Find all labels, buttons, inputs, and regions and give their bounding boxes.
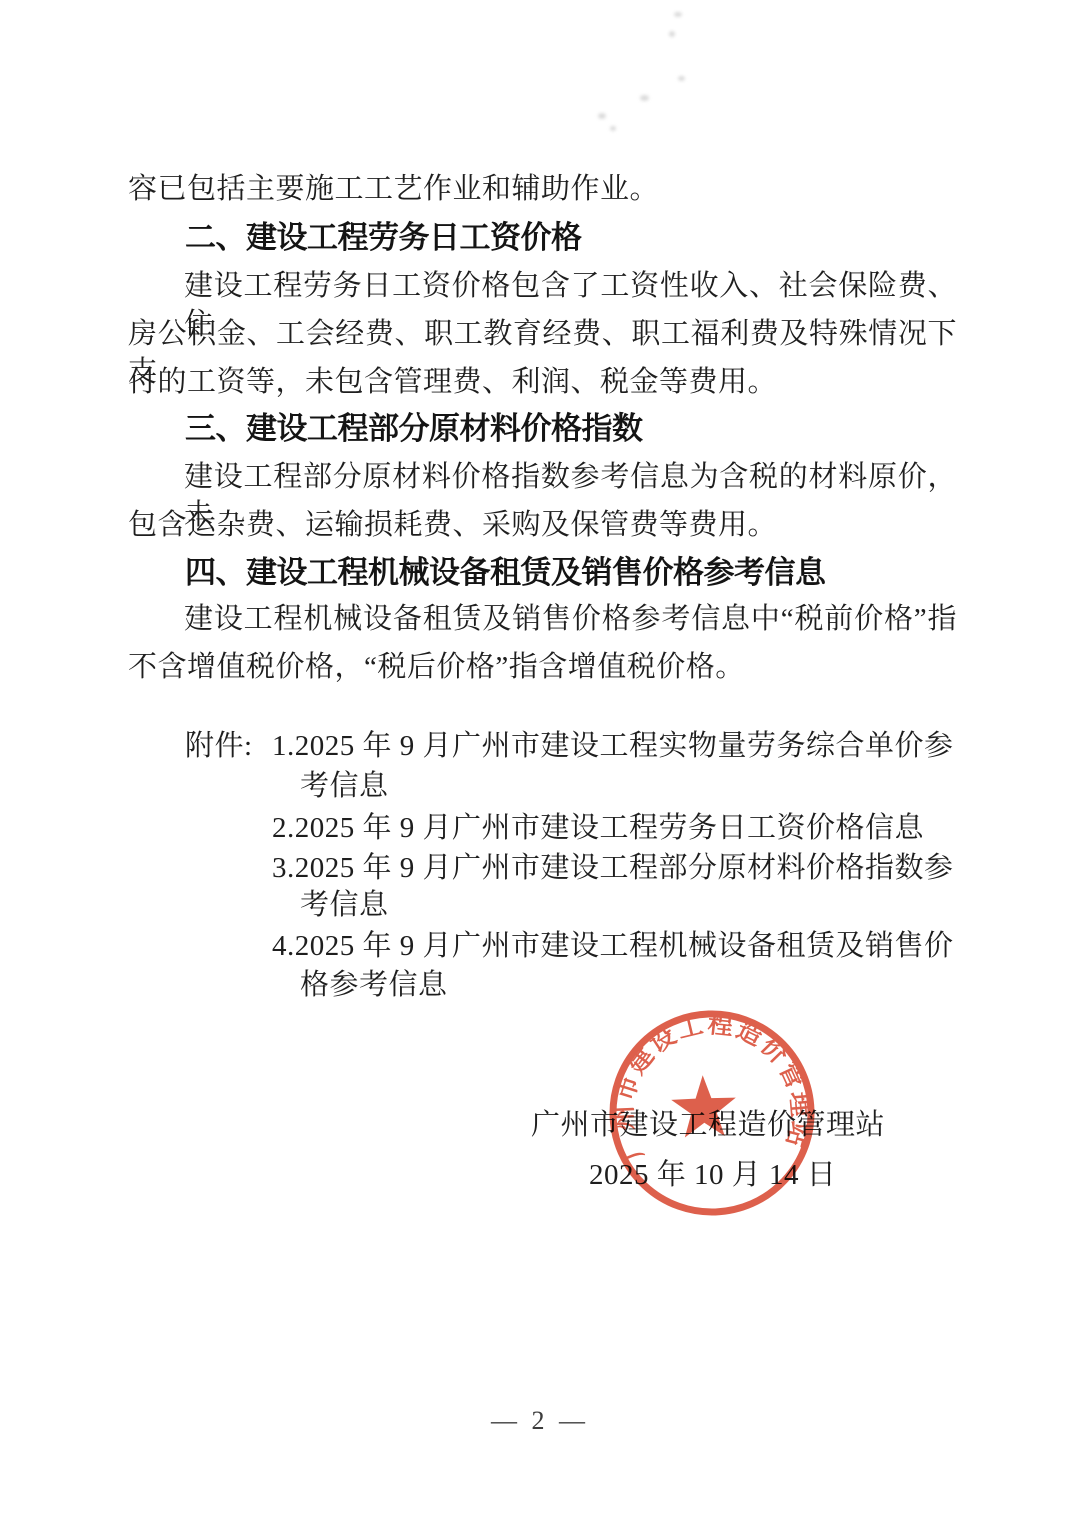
official-seal: 广州市建设工程造价管理站 — [601, 1002, 822, 1223]
scan-artifact — [674, 12, 682, 17]
scan-artifact — [598, 113, 606, 119]
attachment-line: 2.2025 年 9 月广州市建设工程劳务日工资价格信息 — [272, 809, 924, 847]
svg-text:广州市建设工程造价管理站: 广州市建设工程造价管理站 — [606, 1007, 816, 1165]
attachments-label: 附件: — [185, 727, 253, 765]
attachment-line: 4.2025 年 9 月广州市建设工程机械设备租赁及销售价 — [272, 927, 954, 965]
scan-artifact — [640, 95, 649, 101]
document-page: 容已包括主要施工工艺作业和辅助作业。 二、建设工程劳务日工资价格 建设工程劳务日… — [0, 0, 1080, 1528]
seal-arc-text: 广州市建设工程造价管理站 — [606, 1007, 816, 1165]
attachment-line: 考信息 — [300, 767, 389, 805]
section-heading-3: 三、建设工程部分原材料价格指数 — [185, 410, 643, 448]
attachment-line: 3.2025 年 9 月广州市建设工程部分原材料价格指数参 — [272, 849, 954, 887]
body-line: 付的工资等，未包含管理费、利润、税金等费用。 — [128, 363, 957, 401]
attachment-line: 格参考信息 — [300, 966, 448, 1004]
attachment-line: 考信息 — [300, 886, 389, 924]
body-line: 建设工程机械设备租赁及销售价格参考信息中“税前价格”指 — [128, 600, 957, 638]
body-line: 包含运杂费、运输损耗费、采购及保管费等费用。 — [128, 506, 957, 544]
seal-star-icon — [670, 1074, 737, 1138]
section-heading-4: 四、建设工程机械设备租赁及销售价格参考信息 — [185, 554, 826, 592]
body-line: 不含增值税价格，“税后价格”指含增值税价格。 — [128, 648, 957, 686]
scan-artifact — [669, 31, 675, 37]
attachment-line: 1.2025 年 9 月广州市建设工程实物量劳务综合单价参 — [272, 727, 954, 765]
scan-artifact — [610, 126, 616, 131]
section-heading-2: 二、建设工程劳务日工资价格 — [185, 219, 582, 257]
body-line-intro: 容已包括主要施工工艺作业和辅助作业。 — [128, 170, 957, 208]
page-number: — 2 — — [0, 1406, 1080, 1436]
scan-artifact — [678, 76, 685, 81]
